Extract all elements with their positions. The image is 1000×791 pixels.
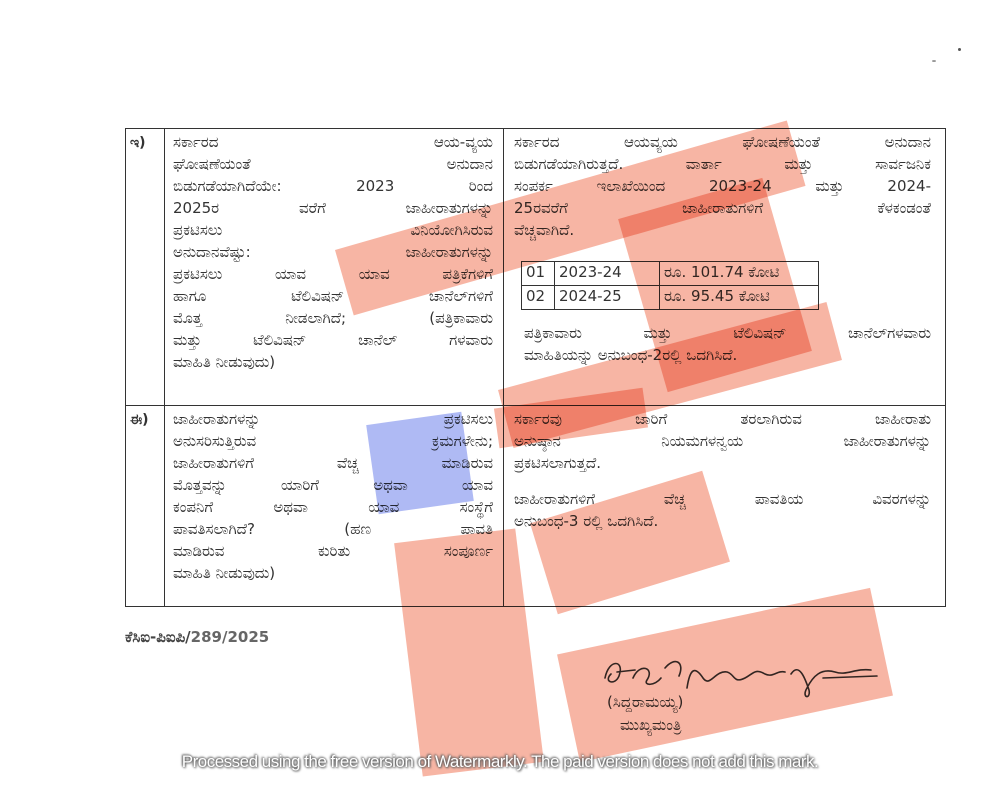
row-number: ಇ) [126,129,165,406]
question-line: ಸರ್ಕಾರದ ಆಯ-ವ್ಯಯ [173,131,493,153]
question-line: ಮೊತ್ತವನ್ನು ಯಾರಿಗೆ ಅಥವಾ ಯಾವ [173,474,493,496]
question-line: ಮೊತ್ತ ನೀಡಲಾಗಿದೆ; (ಪತ್ರಿಕಾವಾರು [173,307,493,329]
question-line: ಪ್ರಕಟಿಸಲು ಯಾವ ಯಾವ ಪತ್ರಿಕೆಗಳಿಗೆ [173,263,493,285]
answer-line: ಅನುಬಂಧ-3 ರಲ್ಲಿ ಒದಗಿಸಿದೆ. [514,510,931,532]
amount-row: 02 2024-25 ರೂ. 95.45 ಕೋಟಿ [522,286,819,310]
question-line: ಬಿಡುಗಡೆಯಾಗಿದೆಯೇ: 2023 ರಿಂದ [173,175,493,197]
question-line: ಹಾಗೂ ಟೆಲಿವಿಷನ್ ಚಾನೆಲ್‌ಗಳಿಗೆ [173,285,493,307]
answer-cell: ಸರ್ಕಾರವು ಜಾರಿಗೆ ತರಲಾಗಿರುವ ಜಾಹೀರಾತು ಅನುಷ್… [504,406,946,607]
watermark-text: Processed using the free version of Wate… [0,752,1000,772]
document-page: ಇ) ಸರ್ಕಾರದ ಆಯ-ವ್ಯಯ ಘೋಷಣೆಯಂತೆ ಅನುದಾನ ಬಿಡು… [0,0,1000,791]
answer-line: ವೆಚ್ಚವಾಗಿದೆ. [514,219,931,241]
question-line: ಪಾವತಿಸಲಾಗಿದೆ? (ಹಣ ಪಾವತಿ [173,518,493,540]
reference-number: ಕೆಸಿಐ-ಪಿಐಪಿ/289/2025 [125,628,269,646]
reference-prefix: ಕೆಸಿಐ-ಪಿಐಪಿ/ [125,628,191,646]
amount-value: ರೂ. 95.45 ಕೋಟಿ [660,286,819,310]
question-line: ಜಾಹೀರಾತುಗಳನ್ನು ಪ್ರಕಟಿಸಲು [173,408,493,430]
signatory-title: ಮುಖ್ಯಮಂತ್ರಿ [620,716,682,734]
answer-line: ಸರ್ಕಾರವು ಜಾರಿಗೆ ತರಲಾಗಿರುವ ಜಾಹೀರಾತು [514,408,931,430]
question-line: ಪ್ರಕಟಿಸಲು ವಿನಿಯೋಗಿಸಿರುವ [173,219,493,241]
question-line: 2025ರ ವರೆಗೆ ಜಾಹೀರಾತುಗಳನ್ನು [173,197,493,219]
answer-line: ಮಾಹಿತಿಯನ್ನು ಅನುಬಂಧ-2ರಲ್ಲಿ ಒದಗಿಸಿದೆ. [514,344,931,366]
amount-year: 2023-24 [555,262,660,286]
amount-value: ರೂ. 101.74 ಕೋಟಿ [660,262,819,286]
amount-serial: 02 [522,286,555,310]
question-cell: ಸರ್ಕಾರದ ಆಯ-ವ್ಯಯ ಘೋಷಣೆಯಂತೆ ಅನುದಾನ ಬಿಡುಗಡೆ… [165,129,504,406]
question-line: ಮತ್ತು ಟೆಲಿವಿಷನ್ ಚಾನೆಲ್ ಗಳವಾರು [173,329,493,351]
scan-speck [958,48,961,51]
answer-line: ಪ್ರಕಟಿಸಲಾಗುತ್ತದೆ. [514,452,931,474]
question-answer-table: ಇ) ಸರ್ಕಾರದ ಆಯ-ವ್ಯಯ ಘೋಷಣೆಯಂತೆ ಅನುದಾನ ಬಿಡು… [125,128,946,607]
amount-table: 01 2023-24 ರೂ. 101.74 ಕೋಟಿ 02 2024-25 ರೂ… [521,261,819,310]
question-line: ಮಾಹಿತಿ ನೀಡುವುದು) [173,351,493,373]
answer-line: ಅನುಷ್ಠಾನ ನಿಯಮಗಳನ್ವಯ ಜಾಹೀರಾತುಗಳನ್ನು [514,430,931,452]
answer-line: ಸರ್ಕಾರದ ಆಯವ್ಯಯ ಘೋಷಣೆಯಂತೆ ಅನುದಾನ [514,131,931,153]
paragraph-gap [514,474,931,488]
amount-year: 2024-25 [555,286,660,310]
reference-value: 289/2025 [191,628,270,646]
row-number: ಈ) [126,406,165,607]
question-line: ಅನುಸರಿಸುತ್ತಿರುವ ಕ್ರಮಗಳೇನು; [173,430,493,452]
scan-speck [932,60,936,62]
question-line: ಘೋಷಣೆಯಂತೆ ಅನುದಾನ [173,153,493,175]
question-line: ಕಂಪನಿಗೆ ಅಥವಾ ಯಾವ ಸಂಸ್ಥೆಗೆ [173,496,493,518]
answer-line: ಸಂಪರ್ಕ ಇಲಾಖೆಯಿಂದ 2023-24 ಮತ್ತು 2024- [514,175,931,197]
answer-line: ಜಾಹೀರಾತುಗಳಿಗೆ ವೆಚ್ಚ ಪಾವತಿಯ ವಿವರಗಳನ್ನು [514,488,931,510]
question-line: ಮಾಹಿತಿ ನೀಡುವುದು) [173,562,493,584]
question-line: ಅನುದಾನವೆಷ್ಟು: ಜಾಹೀರಾತುಗಳನ್ನು [173,241,493,263]
table-row: ಈ) ಜಾಹೀರಾತುಗಳನ್ನು ಪ್ರಕಟಿಸಲು ಅನುಸರಿಸುತ್ತಿ… [126,406,946,607]
amount-row: 01 2023-24 ರೂ. 101.74 ಕೋಟಿ [522,262,819,286]
question-line: ಜಾಹೀರಾತುಗಳಿಗೆ ವೆಚ್ಚ ಮಾಡಿರುವ [173,452,493,474]
amount-serial: 01 [522,262,555,286]
answer-cell: ಸರ್ಕಾರದ ಆಯವ್ಯಯ ಘೋಷಣೆಯಂತೆ ಅನುದಾನ ಬಿಡುಗಡೆಯ… [504,129,946,406]
signatory-name: (ಸಿದ್ದರಾಮಯ್ಯ) [607,693,683,711]
answer-line: ಬಿಡುಗಡೆಯಾಗಿರುತ್ತದೆ. ವಾರ್ತಾ ಮತ್ತು ಸಾರ್ವಜನ… [514,153,931,175]
answer-line: 25ರವರೆಗೆ ಜಾಹೀರಾತುಗಳಿಗೆ ಕೆಳಕಂಡಂತೆ [514,197,931,219]
question-cell: ಜಾಹೀರಾತುಗಳನ್ನು ಪ್ರಕಟಿಸಲು ಅನುಸರಿಸುತ್ತಿರುವ… [165,406,504,607]
table-row: ಇ) ಸರ್ಕಾರದ ಆಯ-ವ್ಯಯ ಘೋಷಣೆಯಂತೆ ಅನುದಾನ ಬಿಡು… [126,129,946,406]
answer-line: ಪತ್ರಿಕಾವಾರು ಮತ್ತು ಟೆಲಿವಿಷನ್ ಚಾನೆಲ್‌ಗಳವಾರ… [514,322,931,344]
question-line: ಮಾಡಿರುವ ಕುರಿತು ಸಂಪೂರ್ಣ [173,540,493,562]
